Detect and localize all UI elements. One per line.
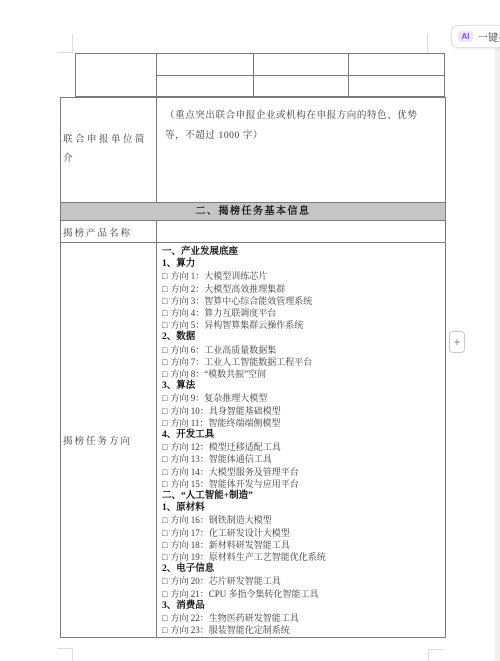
direction-option-label: 方向 17：化工研发设计大模型 <box>170 528 289 538</box>
direction-option[interactable]: □方向 7：工业人工智能数据工程平台 <box>162 356 443 368</box>
direction-subheading: 1、算力 <box>162 258 443 270</box>
top-table <box>75 53 445 97</box>
direction-option[interactable]: □方向 4：算力互联调度平台 <box>162 307 443 319</box>
direction-option-label: 方向 23：服装智能化定制系统 <box>170 625 289 635</box>
task-direction-row: 揭榜任务方向 一、产业发展底座1、算力□方向 1：大模型训练芯片□方向 2：大模… <box>61 242 445 637</box>
direction-option-label: 方向 10：具身智能基础模型 <box>170 406 280 416</box>
direction-option[interactable]: □方向 17：化工研发设计大模型 <box>162 527 443 539</box>
checkbox-icon[interactable]: □ <box>162 344 167 356</box>
direction-option-label: 方向 12：模型迁移适配工具 <box>170 442 280 452</box>
product-name-label: 揭榜产品名称 <box>61 221 157 242</box>
direction-option[interactable]: □方向 18：新材料研发智能工具 <box>162 539 443 551</box>
direction-option[interactable]: □方向 1：大模型训练芯片 <box>162 270 443 282</box>
direction-list: 一、产业发展底座1、算力□方向 1：大模型训练芯片□方向 2：大模型高效推理集群… <box>157 243 445 637</box>
direction-option-label: 方向 20：芯片研发智能工具 <box>170 576 280 586</box>
empty-table-cell[interactable] <box>253 75 349 96</box>
direction-option[interactable]: □方向 2：大模型高效推理集群 <box>162 283 443 295</box>
direction-section-heading: 二、“人工智能+制造” <box>162 490 443 502</box>
direction-option[interactable]: □方向 14：大模型服务及管理平台 <box>162 466 443 478</box>
checkbox-icon[interactable]: □ <box>162 527 167 539</box>
ai-beautify-button[interactable]: AI 一键美化 <box>451 25 500 48</box>
direction-option-label: 方向 15：智能体开发与应用平台 <box>170 479 298 489</box>
empty-table-cell[interactable] <box>348 75 444 96</box>
checkbox-icon[interactable]: □ <box>162 514 167 526</box>
product-name-row: 揭榜产品名称 <box>61 220 445 242</box>
direction-option-label: 方向 3：智算中心综合能效管理系统 <box>170 296 312 306</box>
direction-option[interactable]: □方向 19：原材料生产工艺智能优化系统 <box>162 551 443 563</box>
direction-option-label: 方向 13：智能体通信工具 <box>170 454 271 464</box>
direction-subheading: 3、消费品 <box>162 600 443 612</box>
checkbox-icon[interactable]: □ <box>162 466 167 478</box>
direction-option-label: 方向 18：新材料研发智能工具 <box>170 540 289 550</box>
crop-mark-top-left <box>57 52 73 53</box>
checkbox-icon[interactable]: □ <box>162 551 167 563</box>
direction-option-label: 方向 1：大模型训练芯片 <box>170 271 267 281</box>
empty-table-cell[interactable] <box>348 54 444 75</box>
checkbox-icon[interactable]: □ <box>162 588 167 600</box>
direction-option[interactable]: □方向 20：芯片研发智能工具 <box>162 575 443 587</box>
joint-intro-label: 联合申报单位简介 <box>61 98 157 202</box>
crop-mark-bottom-right-v <box>428 649 429 661</box>
direction-subheading: 2、电子信息 <box>162 563 443 575</box>
product-name-field[interactable] <box>157 221 445 242</box>
direction-option-label: 方向 7：工业人工智能数据工程平台 <box>170 357 312 367</box>
add-page-element-button[interactable]: + <box>449 331 465 353</box>
direction-option[interactable]: □方向 8：“模数共振”空间 <box>162 368 443 380</box>
checkbox-icon[interactable]: □ <box>162 270 167 282</box>
checkbox-icon[interactable]: □ <box>162 368 167 380</box>
direction-option[interactable]: □方向 3：智算中心综合能效管理系统 <box>162 295 443 307</box>
direction-option-label: 方向 19：原材料生产工艺智能优化系统 <box>170 552 325 562</box>
checkbox-icon[interactable]: □ <box>162 612 167 624</box>
checkbox-icon[interactable]: □ <box>162 392 167 404</box>
direction-subheading: 2、数据 <box>162 331 443 343</box>
checkbox-icon[interactable]: □ <box>162 356 167 368</box>
crop-mark-bottom-right <box>428 649 444 650</box>
ai-beautify-label: 一键美化 <box>478 29 500 44</box>
direction-option[interactable]: □方向 10：具身智能基础模型 <box>162 405 443 417</box>
checkbox-icon[interactable]: □ <box>162 453 167 465</box>
checkbox-icon[interactable]: □ <box>162 441 167 453</box>
checkbox-icon[interactable]: □ <box>162 405 167 417</box>
document-page: 联合申报单位简介 （重点突出联合申报企业或机构在申报方向的特色、优势等，不超过 … <box>0 0 500 661</box>
task-direction-label: 揭榜任务方向 <box>61 243 157 637</box>
joint-intro-row: 联合申报单位简介 （重点突出联合申报企业或机构在申报方向的特色、优势等，不超过 … <box>61 98 445 202</box>
direction-option-label: 方向 16：钢铁制造大模型 <box>170 515 271 525</box>
direction-option[interactable]: □方向 21：CPU 多指令集转化智能工具 <box>162 588 443 600</box>
direction-subheading: 3、算法 <box>162 380 443 392</box>
direction-subheading: 4、开发工具 <box>162 429 443 441</box>
section2-header-row: 二、揭榜任务基本信息 <box>61 202 445 220</box>
crop-mark-top-right <box>427 34 428 52</box>
direction-option-label: 方向 21：CPU 多指令集转化智能工具 <box>170 589 318 599</box>
direction-option[interactable]: □方向 13：智能体通信工具 <box>162 453 443 465</box>
checkbox-icon[interactable]: □ <box>162 295 167 307</box>
checkbox-icon[interactable]: □ <box>162 283 167 295</box>
empty-table-cell[interactable] <box>253 54 349 75</box>
scrollbar-track[interactable] <box>495 48 500 661</box>
checkbox-icon[interactable]: □ <box>162 575 167 587</box>
direction-option-label: 方向 9：复杂推理大模型 <box>170 393 267 403</box>
joint-intro-hint: （重点突出联合申报企业或机构在申报方向的特色、优势等，不超过 1000 字） <box>157 98 445 146</box>
crop-mark-top-left-v <box>72 34 73 52</box>
checkbox-icon[interactable]: □ <box>162 539 167 551</box>
direction-option[interactable]: □方向 11：智能终端端侧模型 <box>162 417 443 429</box>
direction-option[interactable]: □方向 12：模型迁移适配工具 <box>162 441 443 453</box>
joint-intro-field[interactable]: （重点突出联合申报企业或机构在申报方向的特色、优势等，不超过 1000 字） <box>157 98 445 202</box>
direction-option-label: 方向 4：算力互联调度平台 <box>170 308 276 318</box>
direction-subheading: 1、原材料 <box>162 502 443 514</box>
direction-option[interactable]: □方向 5：异构智算集群云操作系统 <box>162 319 443 331</box>
direction-option[interactable]: □方向 23：服装智能化定制系统 <box>162 624 443 636</box>
direction-option[interactable]: □方向 22：生物医药研发智能工具 <box>162 612 443 624</box>
application-form-table: 联合申报单位简介 （重点突出联合申报企业或机构在申报方向的特色、优势等，不超过 … <box>60 97 446 638</box>
checkbox-icon[interactable]: □ <box>162 624 167 636</box>
direction-option-label: 方向 2：大模型高效推理集群 <box>170 284 285 294</box>
empty-table-cell[interactable] <box>157 75 253 96</box>
direction-option[interactable]: □方向 15：智能体开发与应用平台 <box>162 478 443 490</box>
empty-table-cell[interactable] <box>157 54 253 75</box>
direction-section-heading: 一、产业发展底座 <box>162 246 443 258</box>
direction-option-label: 方向 8：“模数共振”空间 <box>170 369 266 379</box>
direction-option-label: 方向 14：大模型服务及管理平台 <box>170 467 298 477</box>
direction-option[interactable]: □方向 16：钢铁制造大模型 <box>162 514 443 526</box>
crop-mark-bottom-left <box>57 648 73 649</box>
checkbox-icon[interactable]: □ <box>162 478 167 490</box>
empty-table-cell[interactable] <box>76 54 157 96</box>
checkbox-icon[interactable]: □ <box>162 417 167 429</box>
crop-mark-bottom-left-v <box>72 648 73 661</box>
direction-option[interactable]: □方向 9：复杂推理大模型 <box>162 392 443 404</box>
checkbox-icon[interactable]: □ <box>162 319 167 331</box>
direction-option-label: 方向 22：生物医药研发智能工具 <box>170 613 298 623</box>
section2-header: 二、揭榜任务基本信息 <box>61 203 445 220</box>
direction-option-label: 方向 6：工业高质量数据集 <box>170 345 276 355</box>
direction-option-label: 方向 11：智能终端端侧模型 <box>170 418 280 428</box>
direction-option[interactable]: □方向 6：工业高质量数据集 <box>162 344 443 356</box>
checkbox-icon[interactable]: □ <box>162 307 167 319</box>
direction-option-label: 方向 5：异构智算集群云操作系统 <box>170 320 303 330</box>
ai-icon: AI <box>458 31 473 42</box>
